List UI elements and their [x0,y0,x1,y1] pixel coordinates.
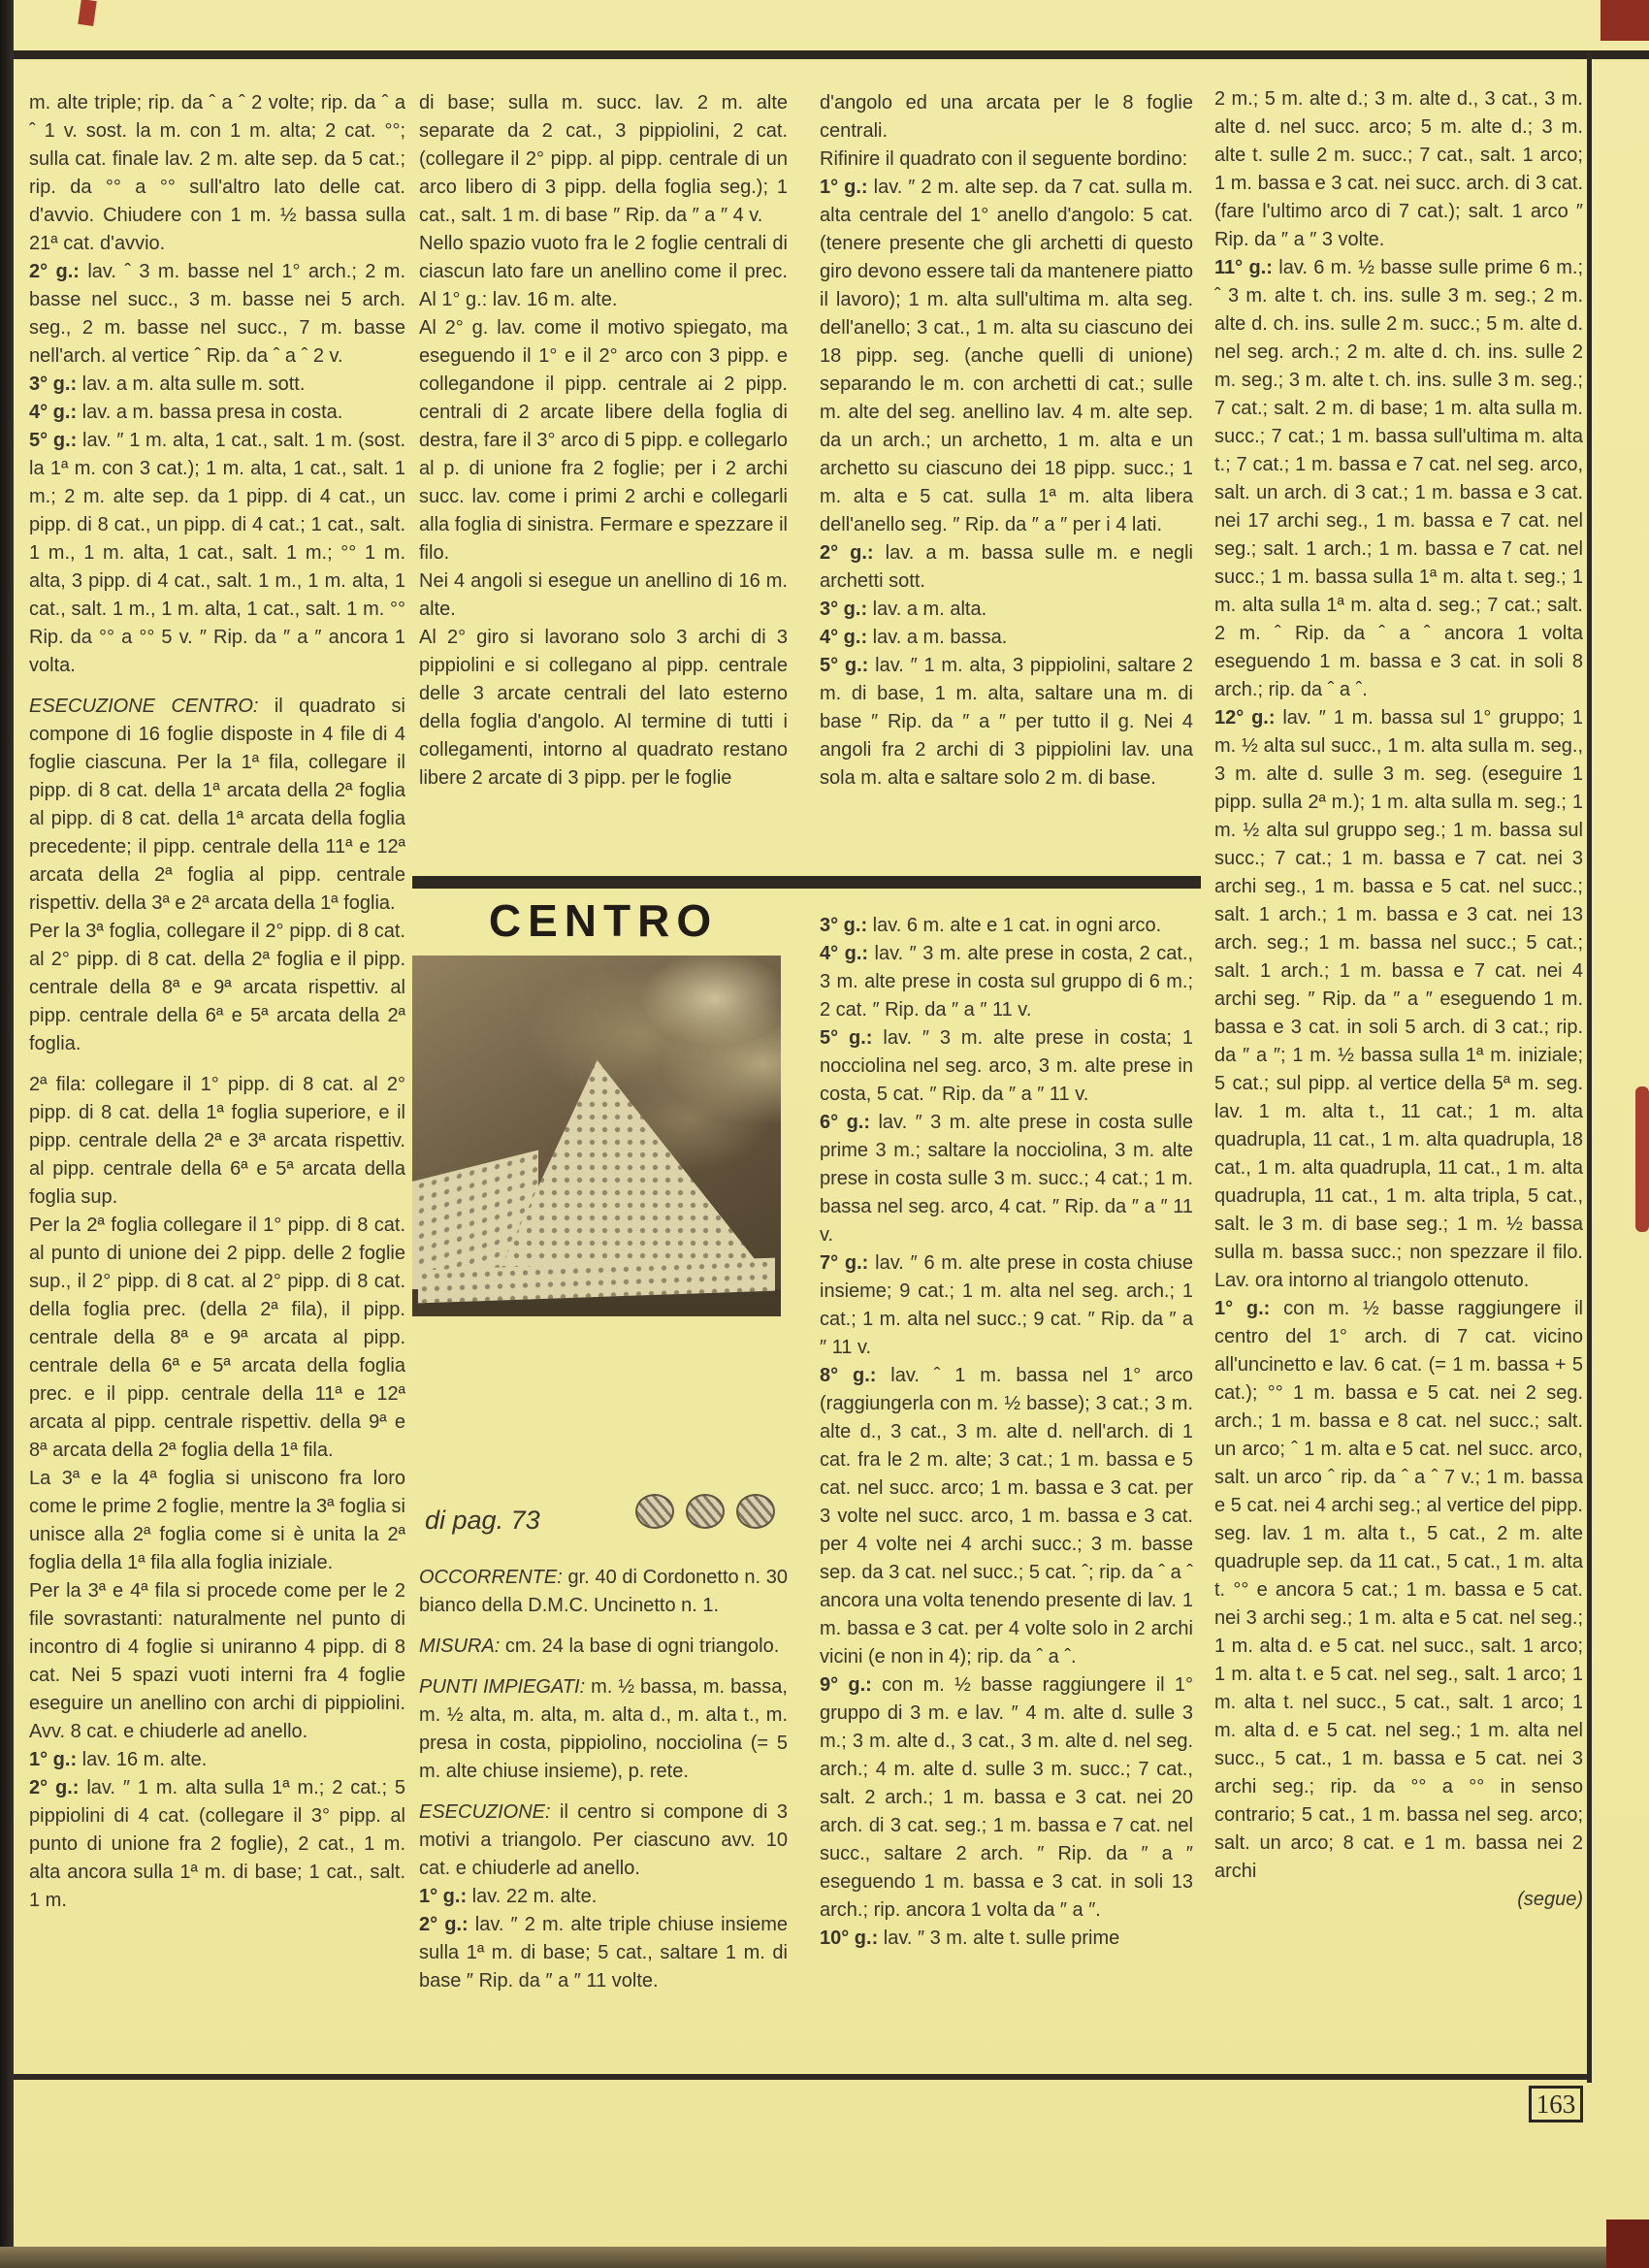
section-title: CENTRO [419,894,788,947]
paragraph: Nei 4 angoli si esegue un anellino di 16… [419,567,788,624]
paragraph: Per la 2ª foglia collegare il 1° pipp. d… [29,1212,405,1465]
paragraph: 4° g.: lav. a m. bassa presa in costa. [29,399,405,427]
paragraph: 9° g.: con m. ½ basse raggiungere il 1° … [820,1671,1193,1925]
paragraph: d'angolo ed una arcata per le 8 foglie c… [820,89,1193,146]
text-column-3-bottom: 3° g.: lav. 6 m. alte e 1 cat. in ogni a… [820,912,1193,2068]
paragraph-lead: 6° g.: [820,1112,878,1133]
paragraph-lead: 1° g.: [1214,1298,1283,1319]
paragraph: 1° g.: lav. 16 m. alte. [29,1746,405,1774]
paragraph: Al 2° g. lav. come il motivo spiegato, m… [419,314,788,567]
paragraph: 5° g.: lav. ″ 3 m. alte prese in costa; … [820,1024,1193,1109]
difficulty-icons [635,1494,791,1529]
scan-artifact-red-bottom-right [1606,2219,1649,2268]
paragraph: (segue) [1214,1886,1583,1914]
paragraph-lead: PUNTI IMPIEGATI: [419,1676,591,1698]
doily-photo [412,956,781,1316]
page-number: 163 [1529,2086,1583,2122]
paragraph: Rifinire il quadrato con il seguente bor… [820,146,1193,174]
yarn-ball-icon [736,1494,775,1529]
paragraph: di base; sulla m. succ. lav. 2 m. alte s… [419,89,788,230]
paragraph-lead: 1° g.: [29,1749,82,1770]
paragraph: 7° g.: lav. ″ 6 m. alte prese in costa c… [820,1249,1193,1362]
paragraph: 5° g.: lav. ″ 1 m. alta, 1 cat., salt. 1… [29,427,405,680]
scan-edge-bottom [0,2247,1649,2268]
paragraph-lead: 2° g.: [419,1914,475,1935]
paragraph-lead: MISURA: [419,1636,505,1657]
paragraph: 6° g.: lav. ″ 3 m. alte prese in costa s… [820,1109,1193,1249]
paragraph: 11° g.: lav. 6 m. ½ basse sulle prime 6 … [1214,254,1583,704]
paragraph: 2° g.: lav. ˆ 3 m. basse nel 1° arch.; 2… [29,258,405,371]
paragraph-lead: 3° g.: [820,599,873,620]
scan-artifact-red-right [1635,1086,1649,1232]
paragraph: 2° g.: lav. a m. bassa sulle m. e negli … [820,539,1193,596]
paragraph-lead: ESECUZIONE: [419,1801,560,1823]
scan-artifact-red-top-right [1600,0,1649,41]
paragraph: ESECUZIONE CENTRO: il quadrato si compon… [29,693,405,918]
paragraph: La 3ª e la 4ª foglia si uniscono fra lor… [29,1465,405,1577]
paragraph: 5° g.: lav. ″ 1 m. alta, 3 pippiolini, s… [820,652,1193,793]
yarn-ball-icon [686,1494,725,1529]
paragraph: Al 2° giro si lavorano solo 3 archi di 3… [419,624,788,793]
paragraph: m. alte triple; rip. da ˆ a ˆ 2 volte; r… [29,89,405,258]
paragraph-lead: 10° g.: [820,1928,884,1949]
paragraph-lead: 9° g.: [820,1674,882,1696]
paragraph: 1° g.: lav. 22 m. alte. [419,1883,788,1911]
paragraph: 1° g.: con m. ½ basse raggiungere il cen… [1214,1295,1583,1886]
paragraph: 8° g.: lav. ˆ 1 m. bassa nel 1° arco (ra… [820,1362,1193,1671]
text-column-2-bottom: OCCORRENTE: gr. 40 di Cordonetto n. 30 b… [419,1564,788,2068]
paragraph-lead: ESECUZIONE CENTRO: [29,696,275,717]
paragraph: 2° g.: lav. ″ 2 m. alte triple chiuse in… [419,1911,788,1995]
paragraph-lead: 5° g.: [820,655,875,676]
paragraph-lead: 2° g.: [29,261,87,282]
paragraph: 4° g.: lav. ″ 3 m. alte prese in costa, … [820,940,1193,1024]
scan-artifact-red-top-left [78,0,96,26]
right-frame-rule [1587,50,1592,2083]
section-divider-bar [412,876,1201,889]
paragraph: 3° g.: lav. a m. alta sulle m. sott. [29,371,405,399]
paragraph: Nello spazio vuoto fra le 2 foglie centr… [419,230,788,314]
paragraph-lead: 1° g.: [820,177,874,198]
paragraph-lead: 4° g.: [820,627,873,648]
paragraph-lead: 3° g.: [820,915,873,936]
paragraph: OCCORRENTE: gr. 40 di Cordonetto n. 30 b… [419,1564,788,1620]
text-column-2-top: di base; sulla m. succ. lav. 2 m. alte s… [419,89,788,865]
paragraph: 12° g.: lav. ″ 1 m. bassa sul 1° gruppo;… [1214,704,1583,1295]
paragraph-lead: 7° g.: [820,1252,875,1274]
paragraph-lead: 4° g.: [29,402,82,423]
paragraph: Per la 3ª foglia, collegare il 2° pipp. … [29,918,405,1058]
scan-edge-left [0,0,14,2268]
paragraph-lead: 8° g.: [820,1365,890,1386]
text-column-1: m. alte triple; rip. da ˆ a ˆ 2 volte; r… [29,89,405,2066]
paragraph: 10° g.: lav. ″ 3 m. alte t. sulle prime [820,1925,1193,1953]
text-column-4: 2 m.; 5 m. alte d.; 3 m. alte d., 3 cat.… [1214,85,1583,2066]
paragraph-lead: 5° g.: [820,1027,883,1049]
paragraph: 2° g.: lav. ″ 1 m. alta sulla 1ª m.; 2 c… [29,1774,405,1915]
paragraph: 2ª fila: collegare il 1° pipp. di 8 cat.… [29,1071,405,1212]
paragraph: PUNTI IMPIEGATI: m. ½ bassa, m. bassa, m… [419,1673,788,1786]
paragraph: ESECUZIONE: il centro si compone di 3 mo… [419,1798,788,1883]
yarn-ball-icon [635,1494,674,1529]
text-column-3-top: d'angolo ed una arcata per le 8 foglie c… [820,89,1193,865]
paragraph-lead: 4° g.: [820,943,875,964]
magazine-page: m. alte triple; rip. da ˆ a ˆ 2 volte; r… [0,0,1649,2268]
paragraph-lead: 2° g.: [820,542,886,564]
paragraph: 1° g.: lav. ″ 2 m. alte sep. da 7 cat. s… [820,174,1193,539]
paragraph-lead: 12° g.: [1214,707,1282,729]
paragraph: Per la 3ª e 4ª fila si procede come per … [29,1577,405,1746]
paragraph-lead: 2° g.: [29,1777,86,1798]
paragraph-lead: 5° g.: [29,430,82,451]
paragraph: 4° g.: lav. a m. bassa. [820,624,1193,652]
paragraph-lead: 3° g.: [29,373,82,395]
paragraph: 3° g.: lav. a m. alta. [820,596,1193,624]
bottom-frame-rule [14,2074,1592,2080]
paragraph-lead: OCCORRENTE: [419,1567,568,1588]
photo-caption: di pag. 73 [425,1506,540,1536]
top-rule [14,50,1649,59]
paragraph-lead: 11° g.: [1214,257,1278,278]
paragraph: 3° g.: lav. 6 m. alte e 1 cat. in ogni a… [820,912,1193,940]
paragraph-lead: 1° g.: [419,1886,472,1907]
paragraph: 2 m.; 5 m. alte d.; 3 m. alte d., 3 cat.… [1214,85,1583,254]
paragraph: MISURA: cm. 24 la base di ogni triangolo… [419,1633,788,1661]
